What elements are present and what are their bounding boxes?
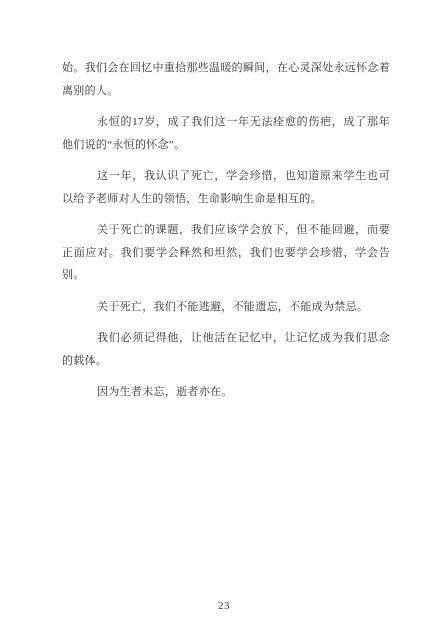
paragraph: 关于死亡，我们不能逃避，不能遗忘，不能成为禁忌。 [62, 296, 390, 319]
paragraph: 始。我们会在回忆中重拾那些温暖的瞬间，在心灵深处永远怀念着离别的人。 [62, 57, 390, 102]
paragraph: 这一年，我认识了死亡，学会珍惜，也知道原来学生也可以给予老师对人生的领悟，生命影… [62, 165, 390, 210]
paragraph: 关于死亡的课题，我们应该学会放下，但不能回避，而要正面应对。我们要学会释然和坦然… [62, 219, 390, 287]
paragraph: 永恒的17岁，成了我们这一年无法痊愈的伤疤，成了那年他们说的“永恒的怀念”。 [62, 111, 390, 156]
page-number: 23 [0, 600, 448, 612]
document-body: 始。我们会在回忆中重拾那些温暖的瞬间，在心灵深处永远怀念着离别的人。 永恒的17… [62, 57, 390, 413]
document-page: 始。我们会在回忆中重拾那些温暖的瞬间，在心灵深处永远怀念着离别的人。 永恒的17… [0, 0, 448, 640]
paragraph: 因为生者未忘，逝者亦在。 [62, 381, 390, 404]
paragraph: 我们必须记得他，让他活在记忆中，让记忆成为我们思念的载体。 [62, 327, 390, 372]
